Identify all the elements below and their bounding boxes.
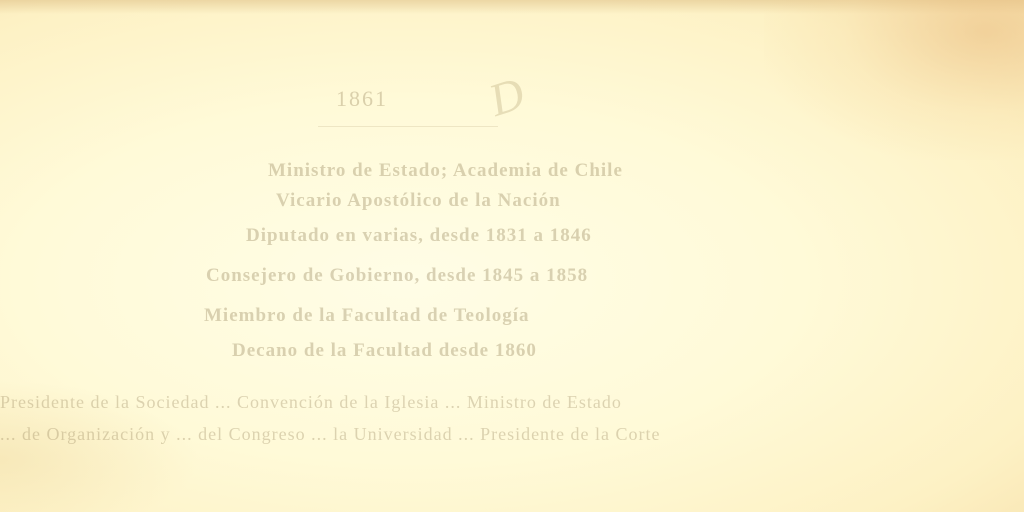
text-line: Consejero de Gobierno, desde 1845 a 1858 xyxy=(206,265,588,287)
text-line: Vicario Apostólico de la Nación xyxy=(276,190,561,212)
bottom-text-line: ... de Organización y ... del Congreso .… xyxy=(0,424,661,445)
header-rule xyxy=(318,126,498,127)
text-line: Ministro de Estado; Academia de Chile xyxy=(268,160,623,182)
marginal-note: D xyxy=(483,66,531,127)
corner-stain xyxy=(764,0,1024,160)
bottom-text-line: Presidente de la Sociedad ... Convención… xyxy=(0,392,622,413)
text-line: Decano de la Facultad desde 1860 xyxy=(232,340,537,362)
text-line: Miembro de la Facultad de Teología xyxy=(204,305,530,327)
text-line: Diputado en varias, desde 1831 a 1846 xyxy=(246,225,592,247)
page-number: 1861 xyxy=(336,86,388,112)
